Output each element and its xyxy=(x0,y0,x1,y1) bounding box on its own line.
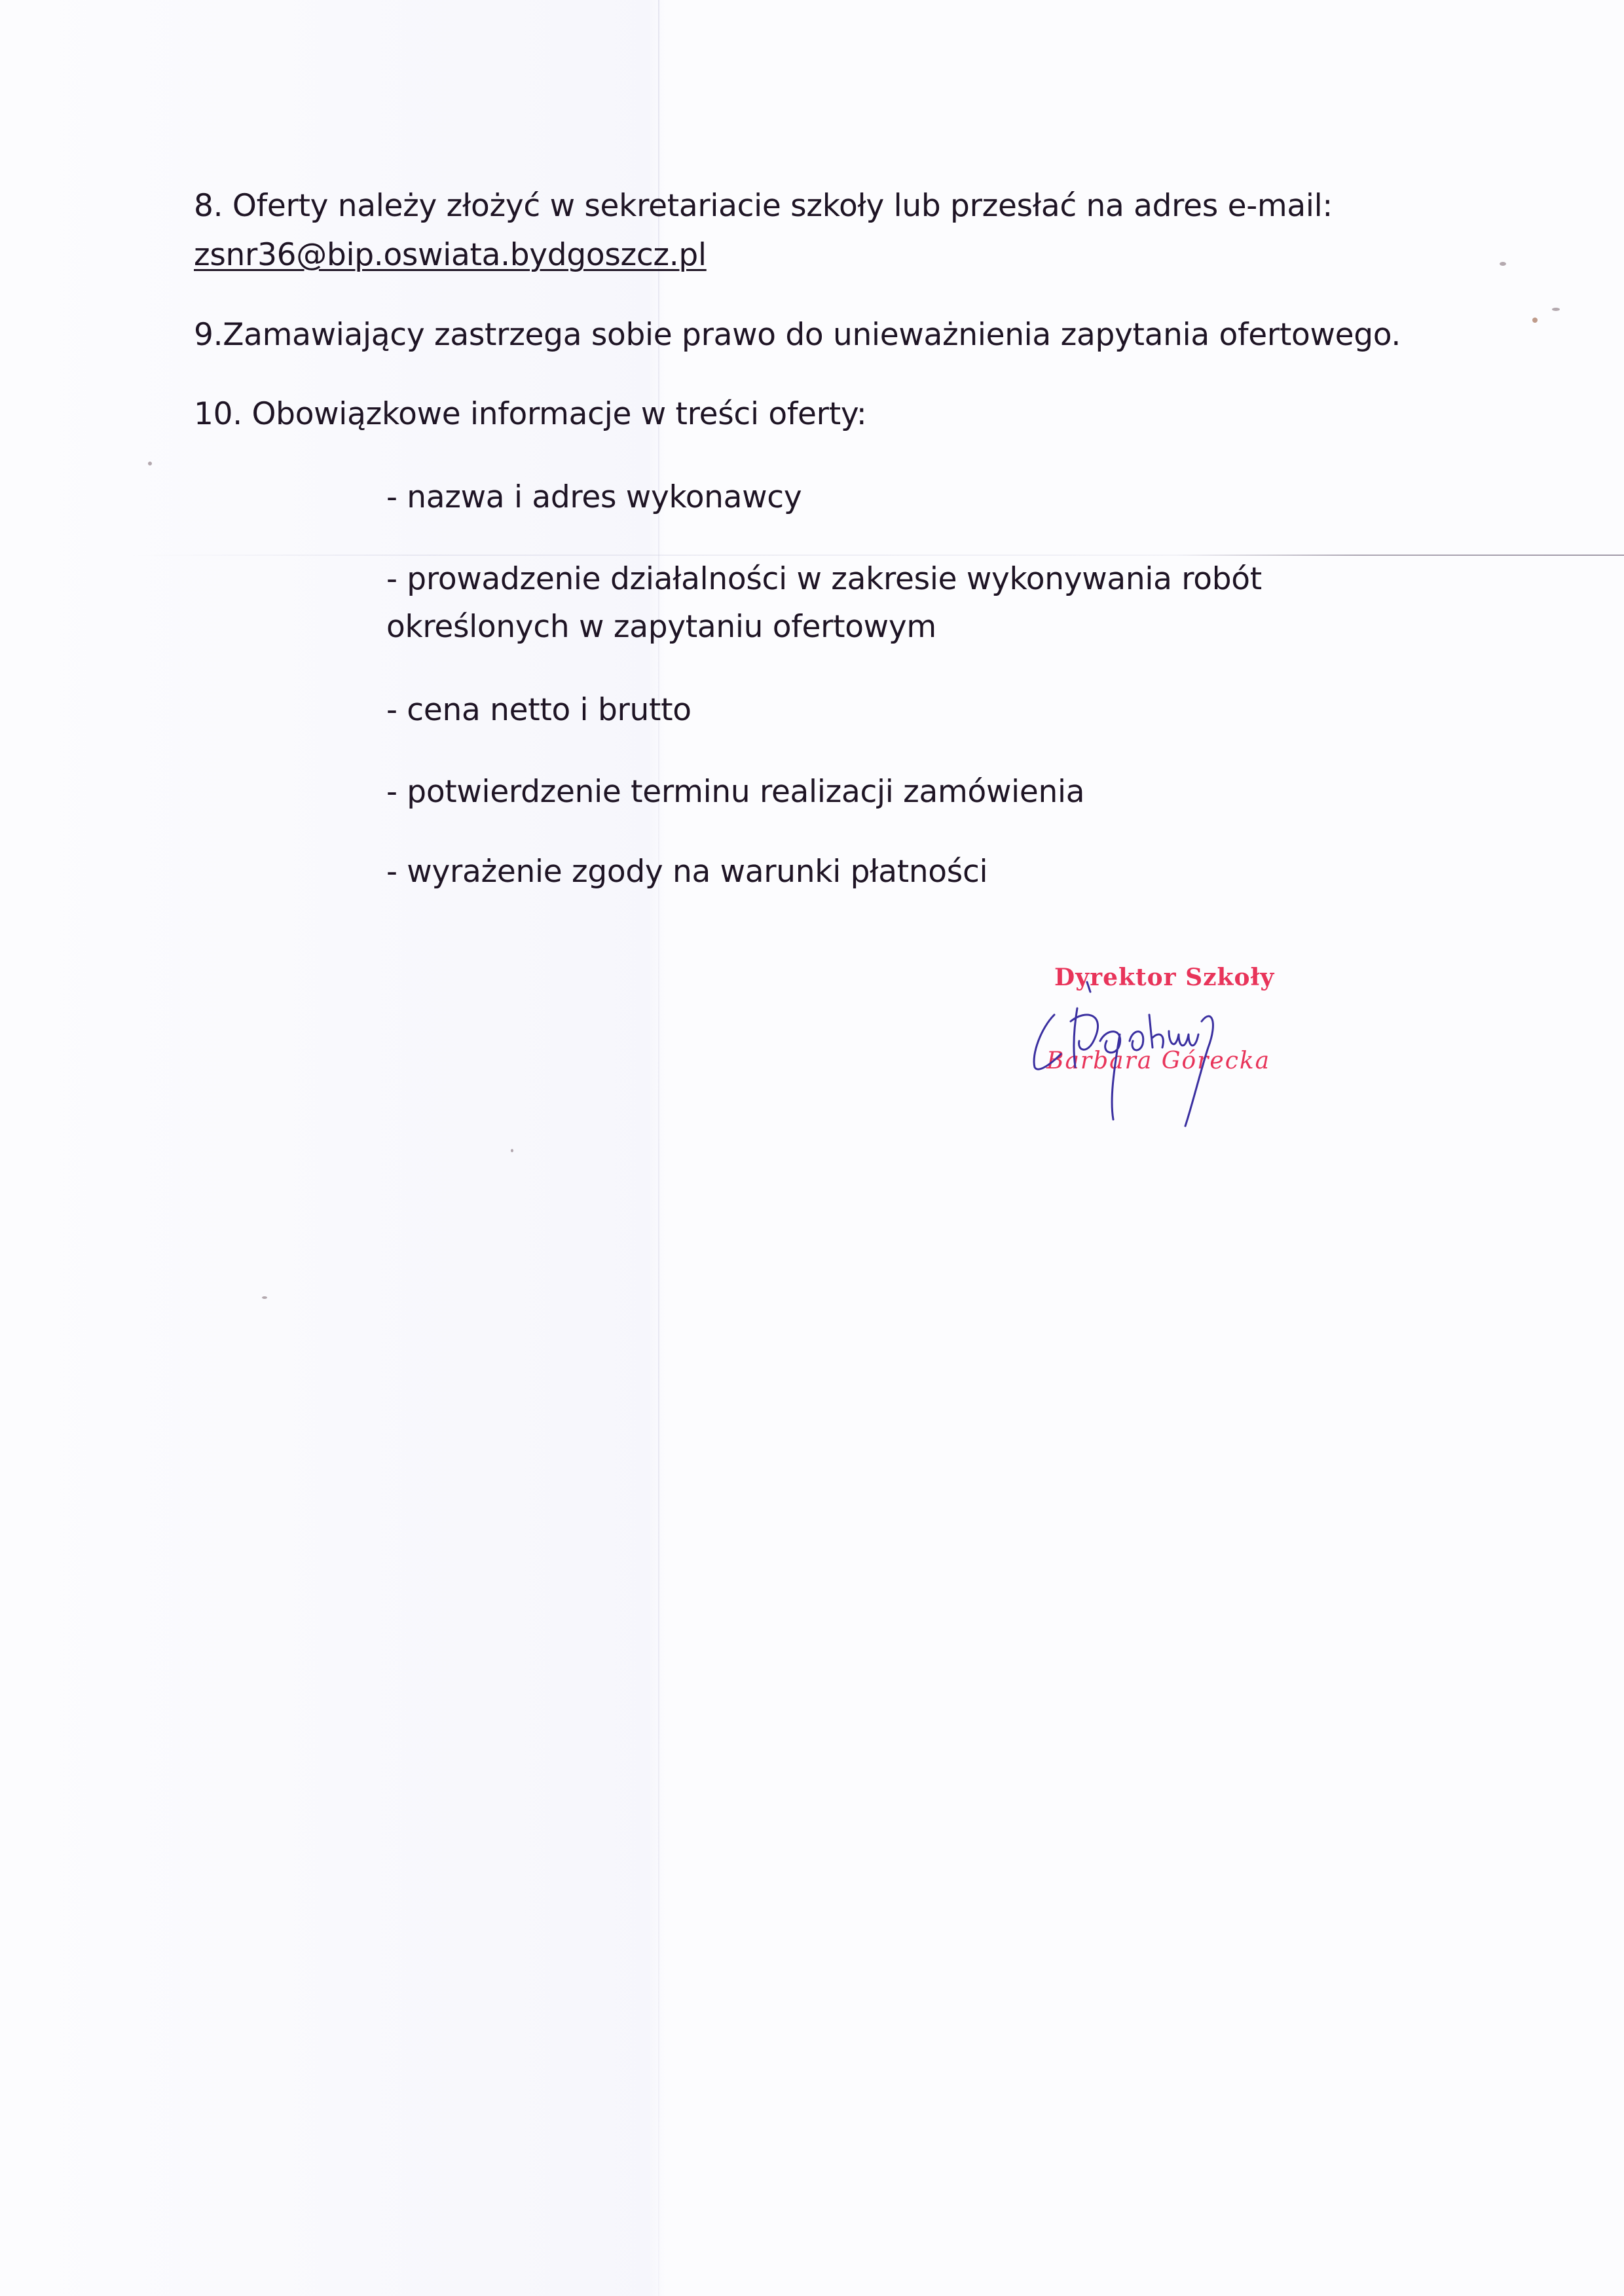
list-item: - cena netto i brutto xyxy=(386,691,692,730)
paragraph-9-text: 9.Zamawiający zastrzega sobie prawo do u… xyxy=(194,317,1401,353)
signature-icon xyxy=(1015,969,1264,1139)
email-line: zsnr36@bip.oswiata.bydgoszcz.pl xyxy=(194,236,707,275)
list-item: - nazwa i adres wykonawcy xyxy=(386,478,802,517)
scan-speck xyxy=(1552,308,1560,311)
paragraph-8-text: 8. Oferty należy złożyć w sekretariacie … xyxy=(194,188,1333,224)
scan-speck xyxy=(148,462,152,465)
paragraph-10: 10. Obowiązkowe informacje w treści ofer… xyxy=(194,395,866,434)
scan-speck xyxy=(262,1296,267,1299)
list-item: - wyrażenie zgody na warunki płatności xyxy=(386,852,987,892)
scan-speck xyxy=(511,1149,513,1152)
paragraph-9: 9.Zamawiający zastrzega sobie prawo do u… xyxy=(194,316,1401,355)
paper-fold-horizontal xyxy=(131,555,1624,556)
paragraph-8: 8. Oferty należy złożyć w sekretariacie … xyxy=(194,187,1333,226)
scanned-page: 8. Oferty należy złożyć w sekretariacie … xyxy=(0,0,1624,2296)
list-item: - potwierdzenie terminu realizacji zamów… xyxy=(386,773,1084,812)
scan-speck xyxy=(1500,262,1506,266)
email-link[interactable]: zsnr36@bip.oswiata.bydgoszcz.pl xyxy=(194,237,707,273)
scan-speck xyxy=(1532,318,1538,323)
paragraph-10-text: 10. Obowiązkowe informacje w treści ofer… xyxy=(194,396,866,432)
list-item-continuation: określonych w zapytaniu ofertowym xyxy=(386,608,936,647)
list-item: - prowadzenie działalności w zakresie wy… xyxy=(386,560,1262,599)
